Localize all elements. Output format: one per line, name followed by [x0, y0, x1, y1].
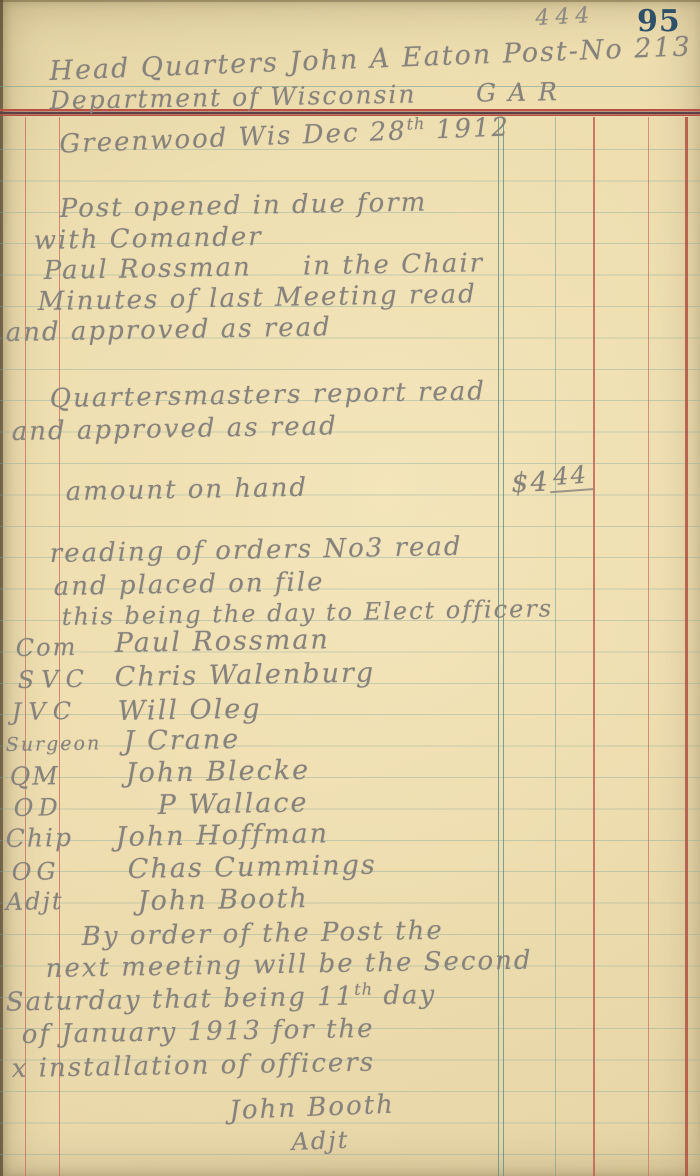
- minutes-line: Minutes of last Meeting read: [38, 281, 477, 315]
- right-column-rule-2: [648, 117, 649, 1176]
- officer-role: Com: [16, 635, 78, 660]
- dateline-year: 1912: [425, 112, 511, 145]
- minutes-line: Paul Rossman in the Chair: [44, 250, 485, 284]
- officer-name: John Hoffman: [116, 820, 330, 851]
- closing-line: of January 1913 for the: [22, 1016, 375, 1048]
- officer-role: Chip: [6, 825, 74, 851]
- closing-line3-end: day: [373, 980, 437, 1011]
- amount-value: $444: [511, 467, 593, 500]
- closing-line3-superscript: th: [354, 980, 373, 999]
- officer-name: John Booth: [138, 885, 309, 915]
- officer-role: OD: [14, 795, 63, 820]
- minutes-line: Quartersmasters report read: [50, 378, 487, 412]
- closing-line: x installation of officers: [12, 1050, 376, 1082]
- right-column-rule-3: [685, 117, 688, 1176]
- minutes-line: reading of orders No3 read: [50, 534, 463, 567]
- minutes-line: with Comander: [34, 224, 263, 254]
- officer-name: John Blecke: [126, 757, 311, 787]
- signature-name: John Booth: [229, 1092, 395, 1124]
- officer-name: J Crane: [124, 726, 241, 755]
- signature-title: Adjt: [291, 1128, 350, 1154]
- officer-role: QM: [10, 763, 61, 789]
- amount-label: amount on hand: [66, 475, 309, 505]
- officer-role: Adjt: [6, 889, 64, 914]
- ledger-page: 444 95 Head Quarters John A Eaton Post-N…: [0, 0, 700, 1176]
- officer-role: OG: [12, 859, 61, 884]
- folio-number: 444: [535, 5, 596, 30]
- amount-dollars: $4: [511, 467, 551, 499]
- heading-line-1: Head Quarters John A Eaton Post-No 213: [49, 33, 692, 85]
- minutes-line: and approved as read: [6, 314, 332, 346]
- minutes-line: Post opened in due form: [60, 190, 428, 222]
- officer-role: SVC: [18, 667, 92, 692]
- officer-name: Chas Cummings: [128, 852, 377, 883]
- officer-name: Will Oleg: [118, 695, 262, 725]
- scan-edge-top: [0, 0, 700, 2]
- officer-name: Chris Walenburg: [115, 659, 376, 691]
- dateline-superscript: th: [406, 114, 426, 134]
- officer-role: JVC: [12, 699, 79, 724]
- amount-column-rule-2: [503, 117, 504, 1176]
- officer-name: Paul Rossman: [115, 626, 330, 657]
- minutes-line: and approved as read: [12, 413, 338, 445]
- officer-name: P Wallace: [158, 789, 309, 819]
- amount-column-rule-3: [555, 117, 556, 1176]
- right-column-rule-1: [593, 117, 595, 1176]
- closing-line3-text: Saturday that being 11: [6, 982, 355, 1018]
- closing-line: By order of the Post the: [82, 918, 444, 950]
- amount-column-rule-1: [498, 117, 499, 1176]
- amount-cents: 44: [549, 462, 594, 493]
- minutes-line: and placed on file: [54, 569, 325, 600]
- officer-role: Surgeon: [6, 734, 102, 755]
